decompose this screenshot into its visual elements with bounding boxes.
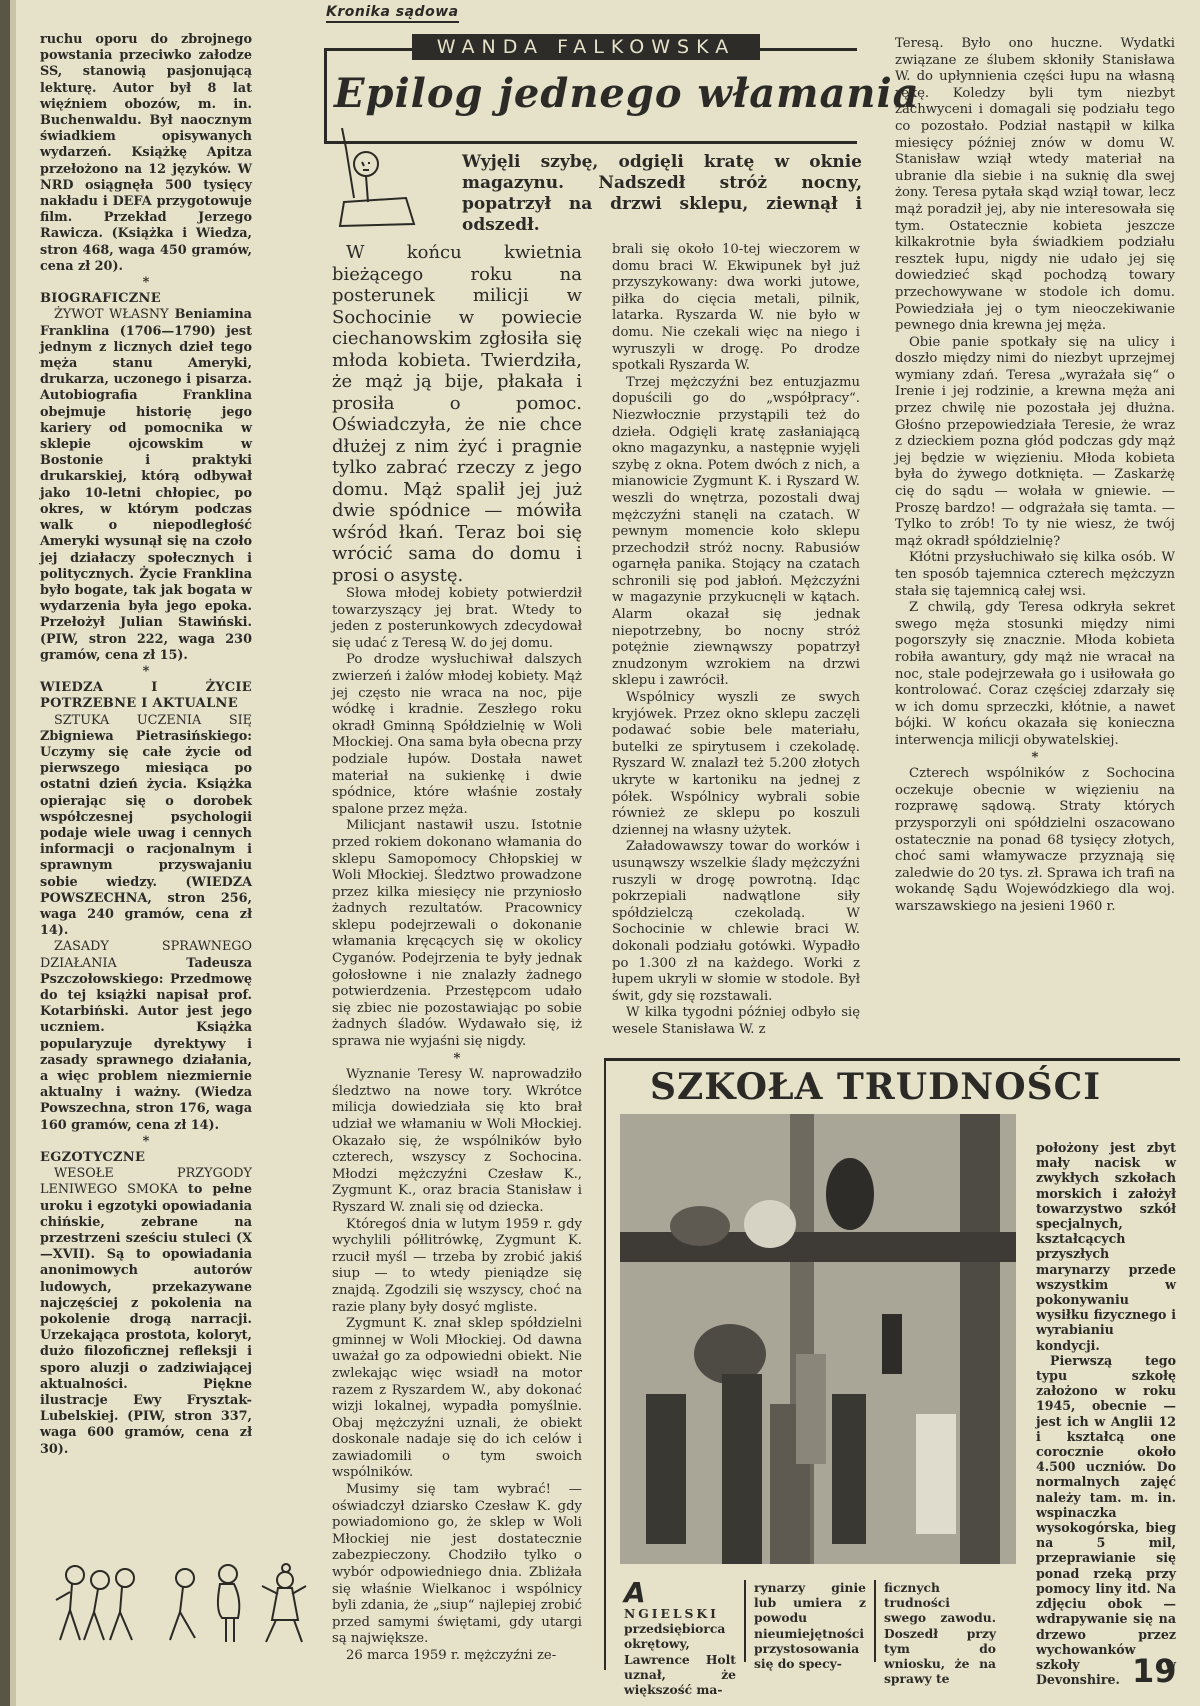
article-column-3: Teresą. Było ono huczne. Wydatki związan… (895, 4, 1175, 915)
drop-cap: A (624, 1580, 646, 1606)
review-entry: ZASADY SPRAWNEGO DZIAŁANIA Tadeusza Pszc… (40, 939, 252, 1133)
article-paragraph: Wspólnicy wyszli ze swych kryjówek. Prze… (612, 690, 860, 839)
section-label: Kronika sądowa (326, 4, 459, 23)
article-column-1: W końcu kwietnia bieżącego roku na poste… (332, 242, 582, 1665)
separator-star: * (40, 275, 252, 291)
separator-star: * (895, 750, 1175, 767)
review-entry: ŻYWOT WŁASNY Beniamina Franklina (1706—1… (40, 307, 252, 663)
article-paragraph: Z chwilą, gdy Teresa odkryła sekret sweg… (895, 600, 1175, 749)
review-entry: SZTUKA UCZENIA SIĘ Zbigniewa Pietrasińsk… (40, 713, 252, 940)
section-heading-biograficzne: BIOGRAFICZNE (40, 291, 252, 307)
book-reviews-column: ruchu oporu do zbrojnego powstania przec… (40, 32, 252, 1458)
article-column-2: brali się około 10-tej wieczorem w domu … (612, 242, 860, 1039)
article-headline: Epilog jednego włamania (334, 70, 920, 117)
article-paragraph: 26 marca 1959 r. mężczyźni ze- (332, 1648, 582, 1665)
article-paragraph: Po drodze wysłuchiwał dalszych zwierzeń … (332, 652, 582, 818)
article-paragraph: brali się około 10-tej wieczorem w domu … (612, 242, 860, 375)
sidebar-paragraph: położony jest zbyt mały nacisk w zwykłyc… (1036, 1140, 1176, 1353)
article-paragraph: Trzej mężczyźni bez entuzjazmu dopuścili… (612, 375, 860, 690)
tree-climbing-photo (620, 1114, 1016, 1564)
article-paragraph: Teresą. Było ono huczne. Wydatki związan… (895, 36, 1175, 335)
review-entry: WESOŁE PRZYGODY LENIWEGO SMOKA to pełne … (40, 1166, 252, 1458)
article-paragraph: Zygmunt K. znał sklep spółdzielni gminne… (332, 1316, 582, 1482)
article-paragraph: Kłótni przysłuchiwało się kilka osób. W … (895, 550, 1175, 600)
section-heading-egzotyczne: EGZOTYCZNE (40, 1150, 252, 1166)
article-opening-paragraph: W końcu kwietnia bieżącego roku na poste… (332, 242, 582, 586)
separator-star: * (40, 664, 252, 680)
separator-star: * (40, 1134, 252, 1150)
article-paragraph: Któregoś dnia w lutym 1959 r. gdy wychyl… (332, 1217, 582, 1317)
article-paragraph: Załadowawszy towar do worków i usunąwszy… (612, 839, 860, 1005)
pointing-man-doodle (336, 128, 426, 228)
article-paragraph: Słowa młodej kobiety potwierdził towarzy… (332, 586, 582, 652)
article-paragraph: Obie panie spotkały się na ulicy i doszł… (895, 335, 1175, 551)
page-binding-edge (0, 0, 10, 1706)
article-paragraph: W kilka tygodni później odbyło się wesel… (612, 1005, 860, 1038)
caption-col-2: rynarzy ginie lub umiera z powodu nieumi… (744, 1580, 874, 1662)
caption-col-1: ANGIELSKI przedsiębiorca okrętowy, Lawre… (616, 1580, 744, 1662)
article-paragraph: Musimy się tam wybrać! — oświadczył dzia… (332, 1482, 582, 1648)
page-number: 19 (1132, 1652, 1177, 1690)
sidebar-box-title: SZKOŁA TRUDNOŚCI (650, 1066, 1101, 1108)
separator-star: * (332, 1051, 582, 1068)
article-paragraph: Wyznanie Teresy W. naprowadziło śledztwo… (332, 1067, 582, 1216)
page-binding-shadow (10, 0, 16, 1706)
walking-figures-illustration (50, 1560, 330, 1650)
section-heading-wiedza: WIEDZA I ŻYCIE POTRZEBNE I AKTUALNE (40, 680, 252, 712)
article-lead: Wyjęli szybę, odgięli kratę w oknie maga… (462, 152, 862, 236)
review-intro-tail: ruchu oporu do zbrojnego powstania przec… (40, 32, 252, 275)
box-top-rule (604, 1058, 1180, 1061)
author-byline: WANDA FALKOWSKA (412, 34, 760, 60)
caption-col-3: ficznych trudności swego zawodu. Doszedł… (874, 1580, 1004, 1662)
article-paragraph: Milicjant nastawił uszu. Istotnie przed … (332, 818, 582, 1050)
photo-placeholder (620, 1114, 1016, 1564)
photo-caption-row: ANGIELSKI przedsiębiorca okrętowy, Lawre… (616, 1580, 1116, 1662)
box-left-rule (604, 1058, 606, 1670)
article-closing-paragraph: Czterech wspólników z Sochocina oczekuje… (895, 766, 1175, 915)
